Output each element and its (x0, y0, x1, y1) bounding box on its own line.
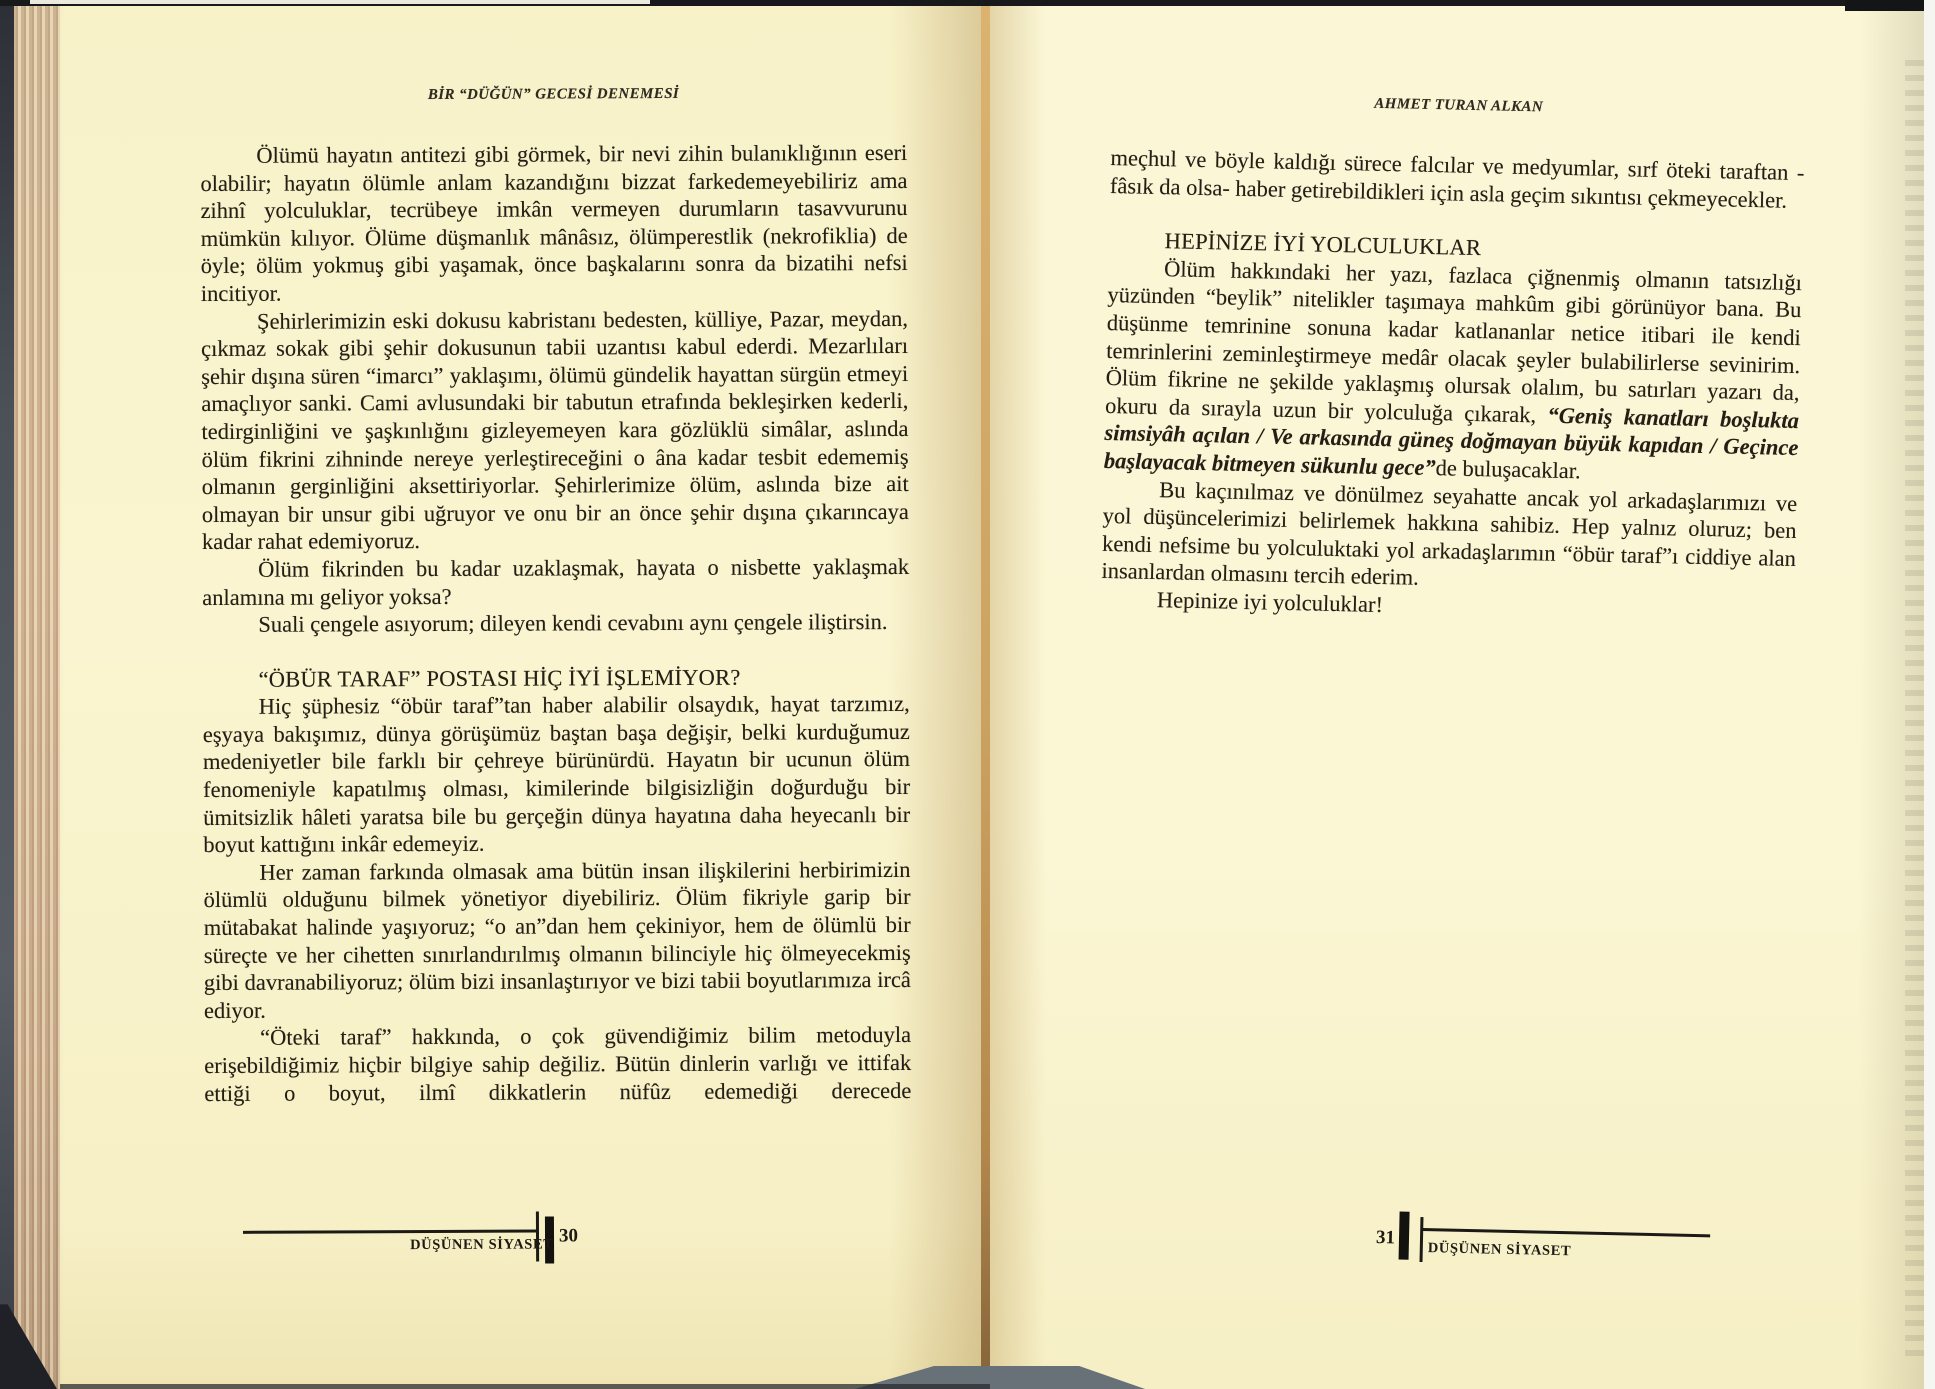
body-paragraph-with-quote: Ölüm hakkındaki her yazı, fazlaca çiğnen… (1104, 254, 1803, 490)
right-page-content: AHMET TURAN ALKAN meçhul ve böyle kaldığ… (1085, 90, 1806, 1345)
body-paragraph: meçhul ve böyle kaldığı sürece falcılar … (1110, 144, 1805, 214)
left-page-content: BİR “DÜĞÜN” GECESİ DENEMESİ Ölümü hayatı… (200, 85, 912, 1328)
footer-rule (1422, 1228, 1710, 1237)
right-page-body: meçhul ve böyle kaldığı sürece falcılar … (1101, 144, 1805, 628)
body-paragraph: Bu kaçınılmaz ve dönülmez seyahatte anca… (1101, 474, 1797, 599)
quote-tail-text: de buluşacaklar. (1435, 455, 1580, 483)
book-spine-edge (0, 0, 14, 1389)
page-number: 31 (1376, 1227, 1395, 1249)
bottom-table-edge (60, 1384, 990, 1389)
body-paragraph: Suali çengele asıyorum; dileyen kendi ce… (202, 608, 909, 639)
section-heading: “ÖBÜR TARAF” POSTASI HİÇ İYİ İŞLEMİYOR? (203, 663, 910, 694)
body-paragraph: “Öteki taraf” hakkında, o çok güvendiğim… (204, 1021, 911, 1107)
left-page-body: Ölümü hayatın antitezi gibi görmek, bir … (200, 139, 911, 1107)
right-background-strip (1924, 0, 1935, 1389)
body-paragraph: Şehirlerimizin eski dokusu kabristanı be… (201, 304, 909, 555)
journal-name: DÜŞÜNEN SİYASET (1428, 1240, 1572, 1260)
running-header-left: BİR “DÜĞÜN” GECESİ DENEMESİ (200, 85, 907, 105)
body-paragraph: Ölümü hayatın antitezi gibi görmek, bir … (200, 139, 908, 308)
body-paragraph: Hiç şüphesiz “öbür taraf”tan haber alabi… (203, 690, 911, 859)
page-number: 30 (559, 1225, 578, 1247)
footer-thin-bar (1420, 1217, 1423, 1262)
body-paragraph: Her zaman farkında olmasak ama bütün ins… (203, 856, 911, 1025)
body-paragraph: Ölüm fikrinden bu kadar uzaklaşmak, haya… (202, 553, 909, 611)
top-page-sliver (30, 0, 650, 4)
footer-rule (243, 1230, 537, 1234)
footer-thick-bar (1399, 1212, 1410, 1260)
right-page-deckle-edge (1905, 60, 1924, 1360)
quote-lead-text: Ölüm hakkındaki her yazı, fazlaca çiğnen… (1105, 256, 1802, 427)
top-right-edge-band (1845, 0, 1935, 11)
book-scan-photo: BİR “DÜĞÜN” GECESİ DENEMESİ Ölümü hayatı… (0, 0, 1935, 1389)
book-gutter (981, 0, 990, 1389)
journal-name: DÜŞÜNEN SİYASET (410, 1237, 536, 1255)
